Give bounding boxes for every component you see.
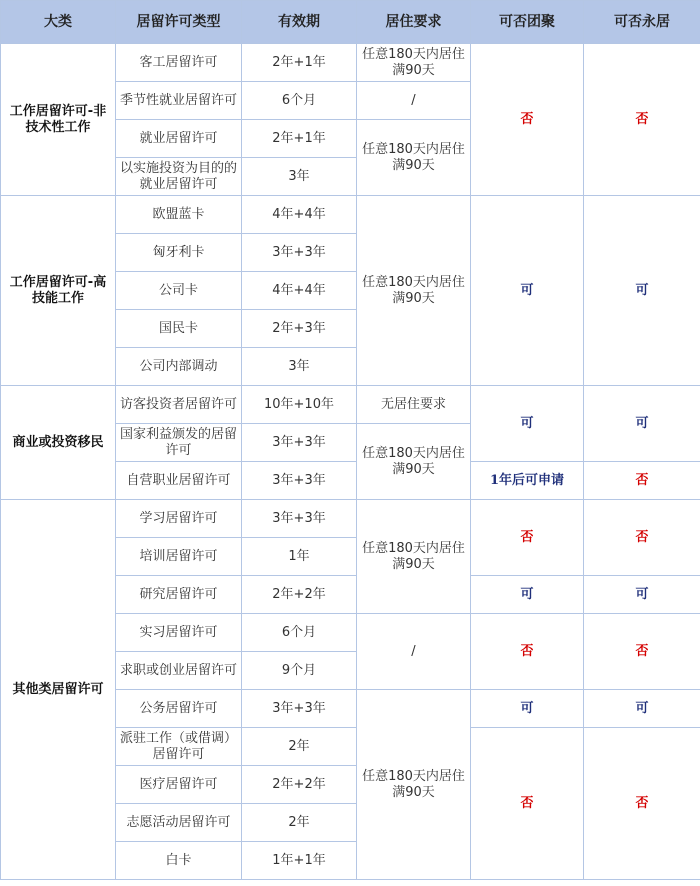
validity-cell: 2年: [242, 728, 357, 766]
permit-type-cell: 自营职业居留许可: [116, 462, 242, 500]
requirement-cell: 任意180天内居住满90天: [357, 196, 471, 386]
header-family-reunion: 可否团聚: [471, 1, 584, 44]
permit-type-cell: 白卡: [116, 842, 242, 880]
validity-cell: 2年+2年: [242, 576, 357, 614]
permit-type-cell: 公司内部调动: [116, 348, 242, 386]
validity-cell: 9个月: [242, 652, 357, 690]
permit-type-cell: 派驻工作（或借调）居留许可: [116, 728, 242, 766]
table-row: 工作居留许可-非技术性工作 客工居留许可 2年+1年 任意180天内居住满90天…: [1, 44, 700, 82]
permit-type-cell: 国民卡: [116, 310, 242, 348]
permit-type-cell: 访客投资者居留许可: [116, 386, 242, 424]
requirement-cell: 任意180天内居住满90天: [357, 44, 471, 82]
validity-cell: 6个月: [242, 82, 357, 120]
permit-type-cell: 求职或创业居留许可: [116, 652, 242, 690]
reunion-cell: 否: [471, 614, 584, 690]
validity-cell: 2年+1年: [242, 44, 357, 82]
reunion-cell: 可: [471, 386, 584, 462]
permanent-cell: 否: [584, 728, 700, 880]
reunion-cell: 可: [471, 690, 584, 728]
permanent-cell: 可: [584, 196, 700, 386]
permit-type-cell: 欧盟蓝卡: [116, 196, 242, 234]
permit-type-cell: 实习居留许可: [116, 614, 242, 652]
requirement-cell: /: [357, 614, 471, 690]
header-validity: 有效期: [242, 1, 357, 44]
validity-cell: 10年+10年: [242, 386, 357, 424]
permanent-cell: 否: [584, 614, 700, 690]
validity-cell: 3年+3年: [242, 462, 357, 500]
permit-type-cell: 研究居留许可: [116, 576, 242, 614]
validity-cell: 2年+2年: [242, 766, 357, 804]
requirement-cell: 任意180天内居住满90天: [357, 500, 471, 614]
validity-cell: 4年+4年: [242, 272, 357, 310]
category-cell: 商业或投资移民: [1, 386, 116, 500]
validity-cell: 3年+3年: [242, 690, 357, 728]
validity-cell: 1年+1年: [242, 842, 357, 880]
validity-cell: 3年+3年: [242, 234, 357, 272]
validity-cell: 3年+3年: [242, 500, 357, 538]
category-cell: 其他类居留许可: [1, 500, 116, 880]
category-cell: 工作居留许可-高技能工作: [1, 196, 116, 386]
reunion-cell: 否: [471, 44, 584, 196]
permanent-cell: 否: [584, 44, 700, 196]
permanent-cell: 否: [584, 462, 700, 500]
validity-cell: 6个月: [242, 614, 357, 652]
permit-type-cell: 公务居留许可: [116, 690, 242, 728]
requirement-cell: 无居住要求: [357, 386, 471, 424]
header-permanent-residence: 可否永居: [584, 1, 700, 44]
table-row: 商业或投资移民 访客投资者居留许可 10年+10年 无居住要求 可 可: [1, 386, 700, 424]
reunion-cell: 可: [471, 196, 584, 386]
reunion-cell: 否: [471, 728, 584, 880]
permit-type-cell: 客工居留许可: [116, 44, 242, 82]
permit-type-cell: 学习居留许可: [116, 500, 242, 538]
validity-cell: 2年: [242, 804, 357, 842]
header-category: 大类: [1, 1, 116, 44]
permit-type-cell: 就业居留许可: [116, 120, 242, 158]
requirement-cell: 任意180天内居住满90天: [357, 424, 471, 500]
permit-type-cell: 医疗居留许可: [116, 766, 242, 804]
validity-cell: 1年: [242, 538, 357, 576]
table-row: 其他类居留许可 学习居留许可 3年+3年 任意180天内居住满90天 否 否: [1, 500, 700, 538]
requirement-cell: /: [357, 82, 471, 120]
permit-type-cell: 公司卡: [116, 272, 242, 310]
validity-cell: 3年: [242, 348, 357, 386]
reunion-cell: 否: [471, 500, 584, 576]
validity-cell: 3年+3年: [242, 424, 357, 462]
permanent-cell: 否: [584, 500, 700, 576]
permit-type-cell: 匈牙利卡: [116, 234, 242, 272]
permit-type-cell: 培训居留许可: [116, 538, 242, 576]
header-row: 大类 居留许可类型 有效期 居住要求 可否团聚 可否永居: [1, 1, 700, 44]
reunion-cell: 可: [471, 576, 584, 614]
validity-cell: 2年+1年: [242, 120, 357, 158]
requirement-cell: 任意180天内居住满90天: [357, 690, 471, 880]
permanent-cell: 可: [584, 386, 700, 462]
validity-cell: 4年+4年: [242, 196, 357, 234]
header-residence-requirement: 居住要求: [357, 1, 471, 44]
validity-cell: 3年: [242, 158, 357, 196]
validity-cell: 2年+3年: [242, 310, 357, 348]
permit-type-cell: 季节性就业居留许可: [116, 82, 242, 120]
permit-type-cell: 以实施投资为目的的就业居留许可: [116, 158, 242, 196]
reunion-cell: 1年后可申请: [471, 462, 584, 500]
permit-type-cell: 志愿活动居留许可: [116, 804, 242, 842]
permanent-cell: 可: [584, 576, 700, 614]
header-permit-type: 居留许可类型: [116, 1, 242, 44]
permit-type-cell: 国家利益颁发的居留许可: [116, 424, 242, 462]
requirement-cell: 任意180天内居住满90天: [357, 120, 471, 196]
table-row: 工作居留许可-高技能工作 欧盟蓝卡 4年+4年 任意180天内居住满90天 可 …: [1, 196, 700, 234]
permanent-cell: 可: [584, 690, 700, 728]
category-cell: 工作居留许可-非技术性工作: [1, 44, 116, 196]
residence-permit-table: 大类 居留许可类型 有效期 居住要求 可否团聚 可否永居 工作居留许可-非技术性…: [0, 0, 700, 880]
